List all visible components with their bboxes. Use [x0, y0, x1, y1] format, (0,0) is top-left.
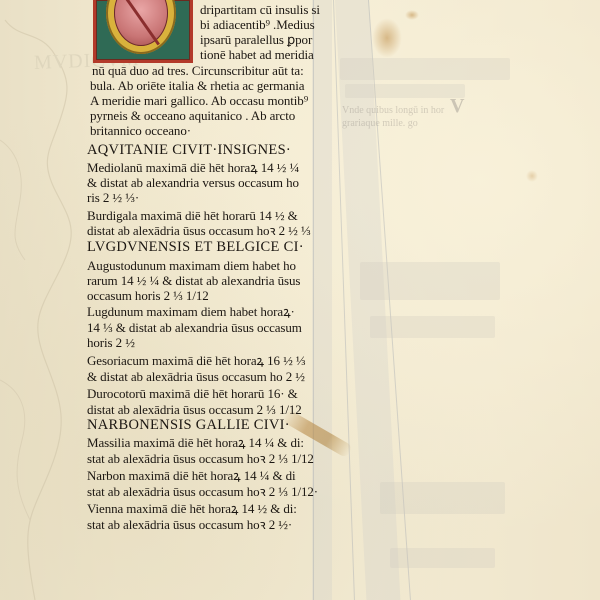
stain: [405, 10, 419, 20]
text-line: nū quā duo ad tres. Circunscribitur aūt …: [92, 63, 304, 78]
map-outline-icon: [0, 0, 90, 600]
ghost-text-block: [380, 482, 505, 514]
text-line: bi adiacentib⁹ .Medius: [200, 17, 315, 32]
text-line: britannico occeano·: [90, 123, 191, 138]
ghost-line: Vnde quibus longū in hor: [342, 105, 444, 116]
text-line: tionē habet ad meridia: [200, 47, 314, 62]
text-line: bula. Ab oriēte italia & rhetia ac germa…: [90, 78, 304, 93]
map-bleed-through: MVDICVM: [0, 0, 90, 600]
text-line: Augustodunum maximam diem habet ho: [87, 258, 296, 273]
text-line: Burdigala maximā diē hēt horarū 14 ½ &: [87, 208, 298, 223]
ghost-line: grariaque mille. go: [342, 118, 418, 129]
text-line: & distat ab alexandria versus occasum ho: [87, 175, 299, 190]
stain: [372, 18, 402, 58]
ghost-text-block: [340, 58, 510, 80]
manuscript-page: MVDICVM V Vnde quibus longū in hor grari…: [0, 0, 600, 600]
section-heading: AQVITANIE CIVIT·INSIGNES·: [87, 143, 291, 158]
text-line: stat ab alexādria ūsus occasum hoꝛ 2 ⅓ 1…: [87, 484, 318, 499]
text-line: Durocotorū maximā diē hēt horarū 16· &: [87, 386, 298, 401]
gutter-band: [312, 0, 332, 600]
text-line: rarum 14 ½ ¼ & distat ab alexandria ūsus: [87, 273, 300, 288]
ghost-text-block: [370, 316, 495, 338]
text-line: Mediolanū maximā diē hēt horaꝝ 14 ½ ¼: [87, 160, 299, 175]
text-line: distat ab alexādria ūsus occasum hoꝛ 2 ½…: [87, 223, 311, 238]
text-line: 14 ⅓ & distat ab alexandria ūsus occasum: [87, 320, 302, 335]
text-line: pyrneis & occeano aquitanico . Ab arcto: [90, 108, 295, 123]
text-line: & distat ab alexādria ūsus occasum ho 2 …: [87, 369, 305, 384]
section-heading: NARBONENSIS GALLIE CIVI·: [87, 418, 290, 433]
text-line: Gesoriacum maximā diē hēt horaꝝ 16 ½ ⅓: [87, 353, 306, 368]
text-line: ipsarū paralellus ꝑpor: [200, 32, 312, 47]
text-line: ris 2 ½ ⅓·: [87, 190, 139, 205]
section-heading: LVGDVNENSIS ET BELGICE CI·: [87, 240, 304, 255]
gutter-line: [313, 0, 314, 600]
ghost-text-block: [360, 262, 500, 300]
text-line: stat ab alexādria ūsus occasum hoꝛ 2 ⅓ 1…: [87, 451, 314, 466]
ghost-text-block: [390, 548, 495, 568]
text-line: stat ab alexādria ūsus occasum hoꝛ 2 ½·: [87, 517, 292, 532]
text-line: occasum horis 2 ⅓ 1/12: [87, 288, 209, 303]
text-line: horis 2 ½: [87, 335, 135, 350]
text-line: Massilia maximā diē hēt horaꝝ 14 ¼ & di:: [87, 435, 304, 450]
ghost-text-block: [345, 84, 465, 98]
ghost-initial: V: [450, 95, 464, 118]
text-line: distat ab alexādria ūsus occasum 2 ⅓ 1/1…: [87, 402, 302, 417]
text-line: A meridie mari gallico. Ab occasu montib…: [90, 93, 308, 108]
text-line: Narbon maximā diē hēt horaꝝ 14 ¼ & di: [87, 468, 296, 483]
illuminated-initial: [93, 0, 193, 63]
text-line: Vienna maximā diē hēt horaꝝ 14 ½ & di:: [87, 501, 297, 516]
text-line: Lugdunum maximam diem habet horaꝝ·: [87, 304, 295, 319]
stain: [526, 170, 538, 182]
text-line: dripartitam cū insulis si: [200, 2, 320, 17]
